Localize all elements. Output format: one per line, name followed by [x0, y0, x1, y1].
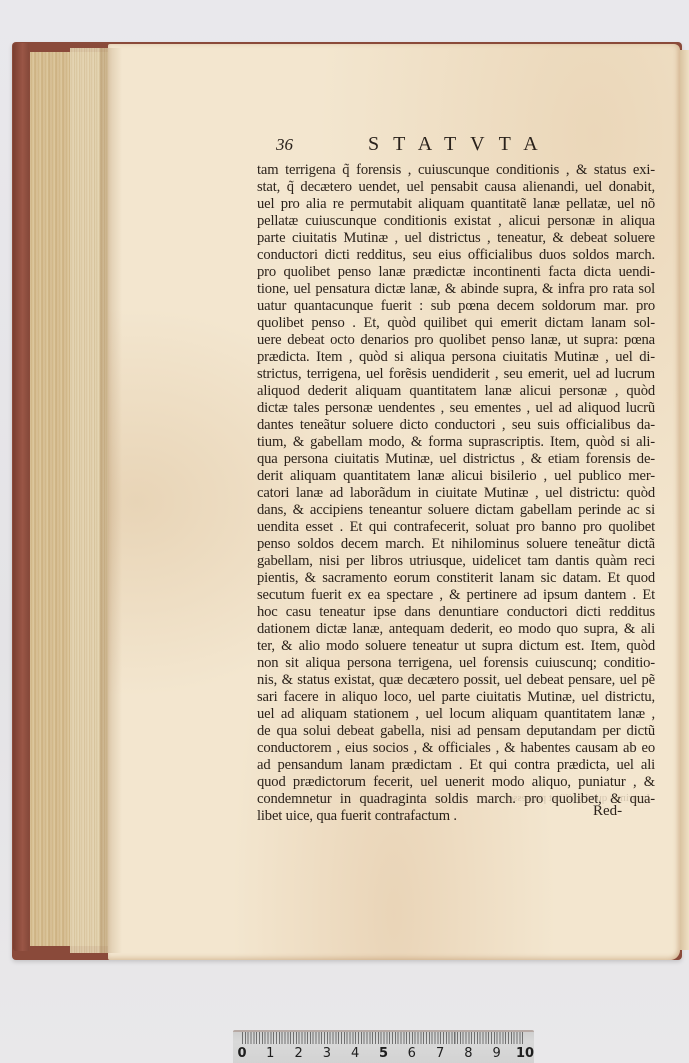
ruler-label: 9 [493, 1046, 501, 1061]
text-line: dationem dictæ lanæ, antequam dederit, e… [257, 621, 655, 638]
text-line: quolibet penso . Et, quòd quilibet qui e… [257, 315, 655, 332]
text-line: ad pensandum lanam prædictam . Et qui co… [257, 757, 655, 774]
text-line: uel ad aliquam stationem , uel locum ali… [257, 706, 655, 723]
page-number: 36 [276, 135, 293, 155]
text-line: sari facere in aliquo loco, uel parte ci… [257, 689, 655, 706]
text-line: conductorem , eius socios , & officiales… [257, 740, 655, 757]
ruler-labels: 0 1 2 3 4 5 6 7 8 9 10 [233, 1046, 534, 1063]
book-spine-edge [13, 43, 29, 951]
ruler-label: 4 [351, 1046, 359, 1061]
ruler-label: 7 [436, 1046, 444, 1061]
text-line: conductori dicti redditus, seu eius offi… [257, 247, 655, 264]
ruler-label: 10 [516, 1046, 534, 1061]
text-line: quod prædictorum fecerit, uel uenerit mo… [257, 774, 655, 791]
text-line: nis, & status existat, quæ decætero poss… [257, 672, 655, 689]
text-line: catori lanæ ad laborãdum in ciuitate Mut… [257, 485, 655, 502]
right-page-edge [680, 50, 689, 950]
text-line: stat, q̃ decætero uendet, uel pensabit c… [257, 179, 655, 196]
text-line: uel pro alia re permutabit aliquam quant… [257, 196, 655, 213]
ruler-label: 2 [294, 1046, 302, 1061]
text-line: penso soldos decem march. Et nihilominus… [257, 536, 655, 553]
text-line: strictus, terrigena, uel forẽsis uendide… [257, 366, 655, 383]
text-line: tium, & gabellam modo, & forma suprascri… [257, 434, 655, 451]
ruler-label: 5 [379, 1046, 388, 1061]
text-line: tam terrigena q̃ forensis , cuiuscunque … [257, 162, 655, 179]
ruler-label: 1 [266, 1046, 274, 1061]
text-line: de qua solui debeat gabella, nisi ad pen… [257, 723, 655, 740]
catchword: Red- [593, 803, 622, 820]
ruler-label: 6 [408, 1046, 416, 1061]
scale-ruler: 0 1 2 3 4 5 6 7 8 9 10 [233, 1030, 534, 1063]
text-line: uere debeat octo denarios pro quolibet p… [257, 332, 655, 349]
text-line: derit aliquam quantitatem lanæ alicui bi… [257, 468, 655, 485]
text-line: pellatæ cuiuscunque conditionis existat … [257, 213, 655, 230]
ruler-label: 3 [323, 1046, 331, 1061]
ruler-label: 8 [464, 1046, 472, 1061]
text-line: ter, & alio modo soluere teneatur ut sup… [257, 638, 655, 655]
text-line: parte ciuitatis Mutinæ , uel districtus … [257, 230, 655, 247]
page-header: 36 STATVTA [276, 133, 576, 163]
text-line: tione, uel pensatura dictæ lanæ, & abind… [257, 281, 655, 298]
text-line: dans, & accipiens teneantur soluere dict… [257, 502, 655, 519]
text-line: uatur quantacunque fuerit : sub pœna dec… [257, 298, 655, 315]
text-line: gabellam, nisi per libros utriusque, uid… [257, 553, 655, 570]
text-line: pientis, & sacramento eorum constiterit … [257, 570, 655, 587]
gutter-shadow [100, 48, 122, 953]
ruler-ticks [242, 1032, 525, 1044]
text-line: non sit aliqua persona terrigena, uel fo… [257, 655, 655, 672]
text-line: dantes teneãtur soluere dicto conductori… [257, 417, 655, 434]
text-line: dictæ tales personæ uendentes , seu emen… [257, 400, 655, 417]
text-line: secutum fuerit ex ea spectare , & pertin… [257, 587, 655, 604]
running-head: STATVTA [368, 133, 552, 156]
body-text: tam terrigena q̃ forensis , cuiuscunque … [257, 162, 655, 825]
text-line: pro quolibet penso lanæ prædictæ inconti… [257, 264, 655, 281]
text-line: qua persona ciuitatis Mutinæ, uel distri… [257, 451, 655, 468]
text-line: hoc casu teneatur ipse dans denuntiare c… [257, 604, 655, 621]
text-line: aliquod dederit aliquam quantitatem lanæ… [257, 383, 655, 400]
text-line: prædicta. Item , quòd si aliqua persona … [257, 349, 655, 366]
text-line: uendita esset . Et qui contrafecerit, so… [257, 519, 655, 536]
ruler-label: 0 [237, 1046, 246, 1061]
